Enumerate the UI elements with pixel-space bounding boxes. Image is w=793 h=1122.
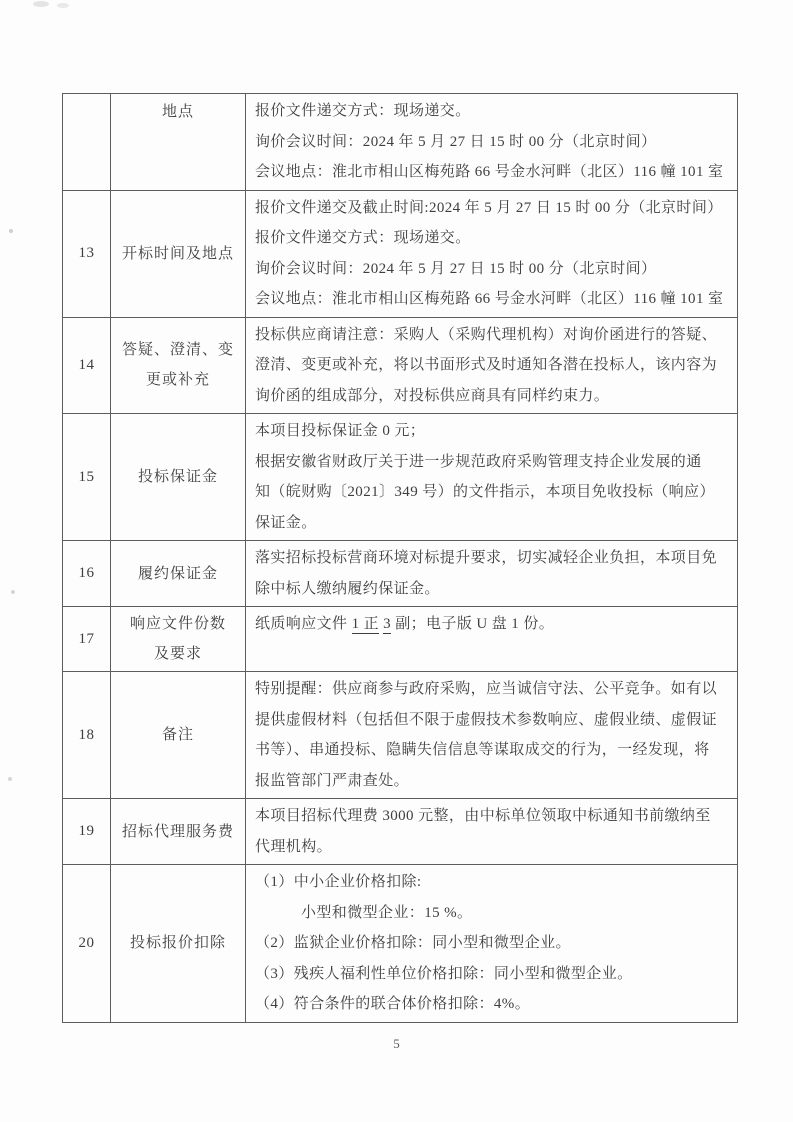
row-content-cell: 纸质响应文件 1 正 3 副；电子版 U 盘 1 份。 — [246, 607, 737, 671]
content-line: 小型和微型企业：15 %。 — [255, 898, 731, 929]
row-label-line: 更或补充 — [146, 365, 210, 395]
row-number-cell: 18 — [63, 672, 111, 798]
row-label-line: 备注 — [162, 720, 194, 750]
content-line: 本项目投标保证金 0 元； — [255, 416, 731, 447]
scan-artifact — [11, 590, 15, 594]
table-row: 地点报价文件递交方式：现场递交。询价会议时间：2024 年 5 月 27 日 1… — [63, 94, 737, 191]
content-line: 报监管部门严肃查处。 — [255, 766, 731, 797]
row-content-cell: 报价文件递交方式：现场递交。询价会议时间：2024 年 5 月 27 日 15 … — [246, 94, 737, 190]
content-line: （3）残疾人福利性单位价格扣除：同小型和微型企业。 — [255, 959, 731, 990]
text-segment: 纸质响应文件 — [255, 616, 352, 632]
row-label-line: 答疑、澄清、变 — [122, 335, 234, 365]
scan-artifact — [8, 777, 12, 781]
content-line: 保证金。 — [255, 508, 731, 539]
content-line: 报价文件递交方式：现场递交。 — [255, 96, 731, 127]
content-line: 书等）、串通投标、隐瞒失信信息等谋取成交的行为，一经发现，将 — [255, 735, 731, 766]
row-label-line: 地点 — [162, 97, 194, 127]
row-content-cell: 本项目投标保证金 0 元；根据安徽省财政厅关于进一步规范政府采购管理支持企业发展… — [246, 414, 737, 540]
row-label-line: 投标保证金 — [138, 462, 218, 492]
row-label-line: 投标报价扣除 — [130, 928, 226, 958]
table-row: 17响应文件份数及要求纸质响应文件 1 正 3 副；电子版 U 盘 1 份。 — [63, 607, 737, 672]
content-line: 澄清、变更或补充，将以书面形式及时通知各潜在投标人，该内容为 — [255, 350, 731, 381]
row-number-cell: 17 — [63, 607, 111, 671]
underlined-text: 3 — [383, 616, 391, 634]
row-label-cell: 答疑、澄清、变更或补充 — [111, 318, 246, 414]
content-line: 询价函的组成部分，对投标供应商具有同样约束力。 — [255, 381, 731, 412]
content-line: 投标供应商请注意：采购人（采购代理机构）对询价函进行的答疑、 — [255, 320, 731, 351]
row-label-cell: 投标保证金 — [111, 414, 246, 540]
row-label-cell: 投标报价扣除 — [111, 865, 246, 1022]
content-line: （4）符合条件的联合体价格扣除：4%。 — [255, 989, 731, 1020]
doc-table: 地点报价文件递交方式：现场递交。询价会议时间：2024 年 5 月 27 日 1… — [62, 93, 738, 1023]
row-label-line: 开标时间及地点 — [122, 239, 234, 269]
row-label-cell: 响应文件份数及要求 — [111, 607, 246, 671]
table-row: 19招标代理服务费本项目招标代理费 3000 元整，由中标单位领取中标通知书前缴… — [63, 799, 737, 865]
row-number-cell — [63, 94, 111, 190]
content-line: 询价会议时间：2024 年 5 月 27 日 15 时 00 分（北京时间） — [255, 254, 731, 285]
page-number: 5 — [0, 1036, 793, 1052]
row-number-cell: 16 — [63, 541, 111, 606]
row-label-cell: 地点 — [111, 94, 246, 190]
content-line: 报价文件递交及截止时间:2024 年 5 月 27 日 15 时 00 分（北京… — [255, 193, 731, 224]
content-line: 知（皖财购〔2021〕349 号）的文件指示，本项目免收投标（响应） — [255, 477, 731, 508]
content-line: 会议地点：淮北市相山区梅苑路 66 号金水河畔（北区）116 幢 101 室 — [255, 284, 731, 315]
table-row: 20投标报价扣除（1）中小企业价格扣除:小型和微型企业：15 %。（2）监狱企业… — [63, 865, 737, 1022]
content-line: 特别提醒：供应商参与政府采购，应当诚信守法、公平竞争。如有以 — [255, 674, 731, 705]
row-label-line: 招标代理服务费 — [122, 817, 234, 847]
row-content-cell: 落实招标投标营商环境对标提升要求，切实减轻企业负担，本项目免除中标人缴纳履约保证… — [246, 541, 737, 606]
row-number-cell: 14 — [63, 318, 111, 414]
table-row: 16履约保证金落实招标投标营商环境对标提升要求，切实减轻企业负担，本项目免除中标… — [63, 541, 737, 607]
row-content-cell: 投标供应商请注意：采购人（采购代理机构）对询价函进行的答疑、澄清、变更或补充，将… — [246, 318, 737, 414]
underlined-text: 1 正 — [352, 616, 379, 634]
table-row: 15投标保证金本项目投标保证金 0 元；根据安徽省财政厅关于进一步规范政府采购管… — [63, 414, 737, 541]
row-number-cell: 15 — [63, 414, 111, 540]
content-line: （2）监狱企业价格扣除：同小型和微型企业。 — [255, 928, 731, 959]
document-page: 地点报价文件递交方式：现场递交。询价会议时间：2024 年 5 月 27 日 1… — [0, 0, 793, 1122]
row-label-line: 响应文件份数 — [130, 609, 226, 639]
scan-artifact — [9, 229, 13, 233]
content-line: 除中标人缴纳履约保证金。 — [255, 574, 731, 605]
row-label-cell: 备注 — [111, 672, 246, 798]
row-number-cell: 20 — [63, 865, 111, 1022]
row-label-line: 及要求 — [154, 639, 202, 669]
content-line: 提供虚假材料（包括但不限于虚假技术参数响应、虚假业绩、虚假证 — [255, 705, 731, 736]
content-line: （1）中小企业价格扣除: — [255, 867, 731, 898]
content-line: 落实招标投标营商环境对标提升要求，切实减轻企业负担，本项目免 — [255, 543, 731, 574]
scan-artifact — [33, 1, 49, 7]
table-row: 18备注特别提醒：供应商参与政府采购，应当诚信守法、公平竞争。如有以提供虚假材料… — [63, 672, 737, 799]
content-line: 纸质响应文件 1 正 3 副；电子版 U 盘 1 份。 — [255, 609, 731, 640]
row-content-cell: 报价文件递交及截止时间:2024 年 5 月 27 日 15 时 00 分（北京… — [246, 191, 737, 317]
content-line: 会议地点：淮北市相山区梅苑路 66 号金水河畔（北区）116 幢 101 室 — [255, 157, 731, 188]
row-number-cell: 13 — [63, 191, 111, 317]
row-label-cell: 履约保证金 — [111, 541, 246, 606]
content-line: 询价会议时间：2024 年 5 月 27 日 15 时 00 分（北京时间） — [255, 127, 731, 158]
row-label-cell: 开标时间及地点 — [111, 191, 246, 317]
row-content-cell: 本项目招标代理费 3000 元整，由中标单位领取中标通知书前缴纳至代理机构。 — [246, 799, 737, 864]
row-label-line: 履约保证金 — [138, 559, 218, 589]
content-line: 代理机构。 — [255, 832, 731, 863]
text-segment: 副；电子版 U 盘 1 份。 — [391, 616, 554, 632]
content-line: 根据安徽省财政厅关于进一步规范政府采购管理支持企业发展的通 — [255, 447, 731, 478]
table-row: 14答疑、澄清、变更或补充投标供应商请注意：采购人（采购代理机构）对询价函进行的… — [63, 318, 737, 415]
content-line: 本项目招标代理费 3000 元整，由中标单位领取中标通知书前缴纳至 — [255, 801, 731, 832]
row-content-cell: （1）中小企业价格扣除:小型和微型企业：15 %。（2）监狱企业价格扣除：同小型… — [246, 865, 737, 1022]
content-line: 报价文件递交方式：现场递交。 — [255, 223, 731, 254]
row-number-cell: 19 — [63, 799, 111, 864]
scan-artifact — [57, 3, 69, 8]
row-content-cell: 特别提醒：供应商参与政府采购，应当诚信守法、公平竞争。如有以提供虚假材料（包括但… — [246, 672, 737, 798]
row-label-cell: 招标代理服务费 — [111, 799, 246, 864]
table-row: 13开标时间及地点报价文件递交及截止时间:2024 年 5 月 27 日 15 … — [63, 191, 737, 318]
